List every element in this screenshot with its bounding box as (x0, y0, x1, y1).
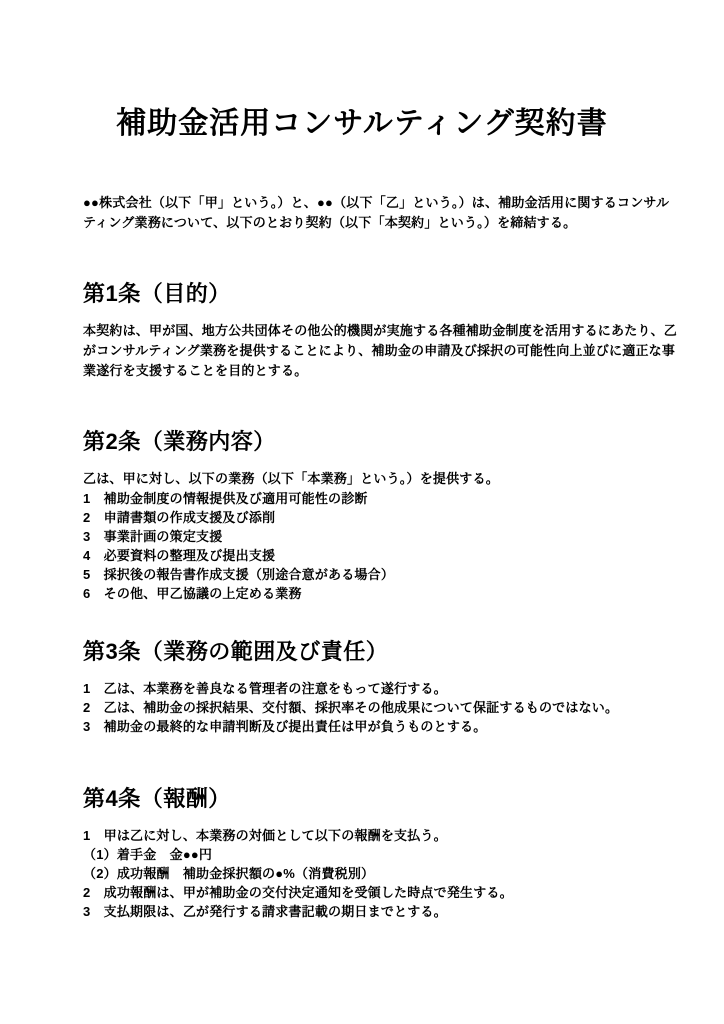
document-title: 補助金活用コンサルティング契約書 (83, 104, 641, 143)
article-1-body: 本契約は、甲が国、地方公共団体その他公的機関が実施する各種補助金制度を活用するに… (83, 321, 683, 381)
clause-item: 3 事業計画の策定支援 (83, 527, 691, 546)
clause-item: 1 補助金制度の情報提供及び適用可能性の診断 (83, 489, 691, 508)
clause-item: 1 乙は、本業務を善良なる管理者の注意をもって遂行する。 (83, 679, 691, 698)
clause-item: 5 採択後の報告書作成支援（別途合意がある場合） (83, 565, 691, 584)
clause-item: 2 成功報酬は、甲が補助金の交付決定通知を受領した時点で発生する。 (83, 883, 691, 902)
clause-item: 1 甲は乙に対し、本業務の対価として以下の報酬を支払う。 (83, 826, 691, 845)
clause-item: 6 その他、甲乙協議の上定める業務 (83, 584, 691, 603)
section-article-3: 第3条（業務の範囲及び責任） 1 乙は、本業務を善良なる管理者の注意をもって遂行… (83, 637, 694, 736)
article-2-lead: 乙は、甲に対し、以下の業務（以下「本業務」という。）を提供する。 (83, 469, 683, 489)
clause-item: 2 乙は、補助金の採択結果、交付額、採択率その他成果について保証するものではない… (83, 698, 691, 717)
clause-item: 3 補助金の最終的な申請判断及び提出責任は甲が負うものとする。 (83, 717, 691, 736)
section-article-1: 第1条（目的） 本契約は、甲が国、地方公共団体その他公的機関が実施する各種補助金… (83, 279, 694, 381)
preamble-paragraph: ●●株式会社（以下「甲」という。）と、●●（以下「乙」という。）は、補助金活用に… (83, 193, 675, 233)
article-3-heading: 第3条（業務の範囲及び責任） (83, 637, 694, 666)
clause-item: （1）着手金 金●●円 (83, 845, 691, 864)
section-article-4: 第4条（報酬） 1 甲は乙に対し、本業務の対価として以下の報酬を支払う。 （1）… (83, 784, 694, 921)
clause-item: 4 必要資料の整理及び提出支援 (83, 546, 691, 565)
clause-item: 2 申請書類の作成支援及び添削 (83, 508, 691, 527)
article-4-heading: 第4条（報酬） (83, 784, 694, 813)
article-4-item-list: 1 甲は乙に対し、本業務の対価として以下の報酬を支払う。 （1）着手金 金●●円… (83, 826, 691, 921)
article-1-heading: 第1条（目的） (83, 279, 694, 308)
article-2-heading: 第2条（業務内容） (83, 427, 694, 456)
clause-item: 3 支払期限は、乙が発行する請求書記載の期日までとする。 (83, 902, 691, 921)
article-2-item-list: 1 補助金制度の情報提供及び適用可能性の診断 2 申請書類の作成支援及び添削 3… (83, 489, 691, 603)
contract-document-page: 補助金活用コンサルティング契約書 ●●株式会社（以下「甲」という。）と、●●（以… (0, 0, 724, 1024)
section-article-2: 第2条（業務内容） 乙は、甲に対し、以下の業務（以下「本業務」という。）を提供す… (83, 427, 694, 603)
clause-item: （2）成功報酬 補助金採択額の●%（消費税別） (83, 864, 691, 883)
article-3-item-list: 1 乙は、本業務を善良なる管理者の注意をもって遂行する。 2 乙は、補助金の採択… (83, 679, 691, 736)
